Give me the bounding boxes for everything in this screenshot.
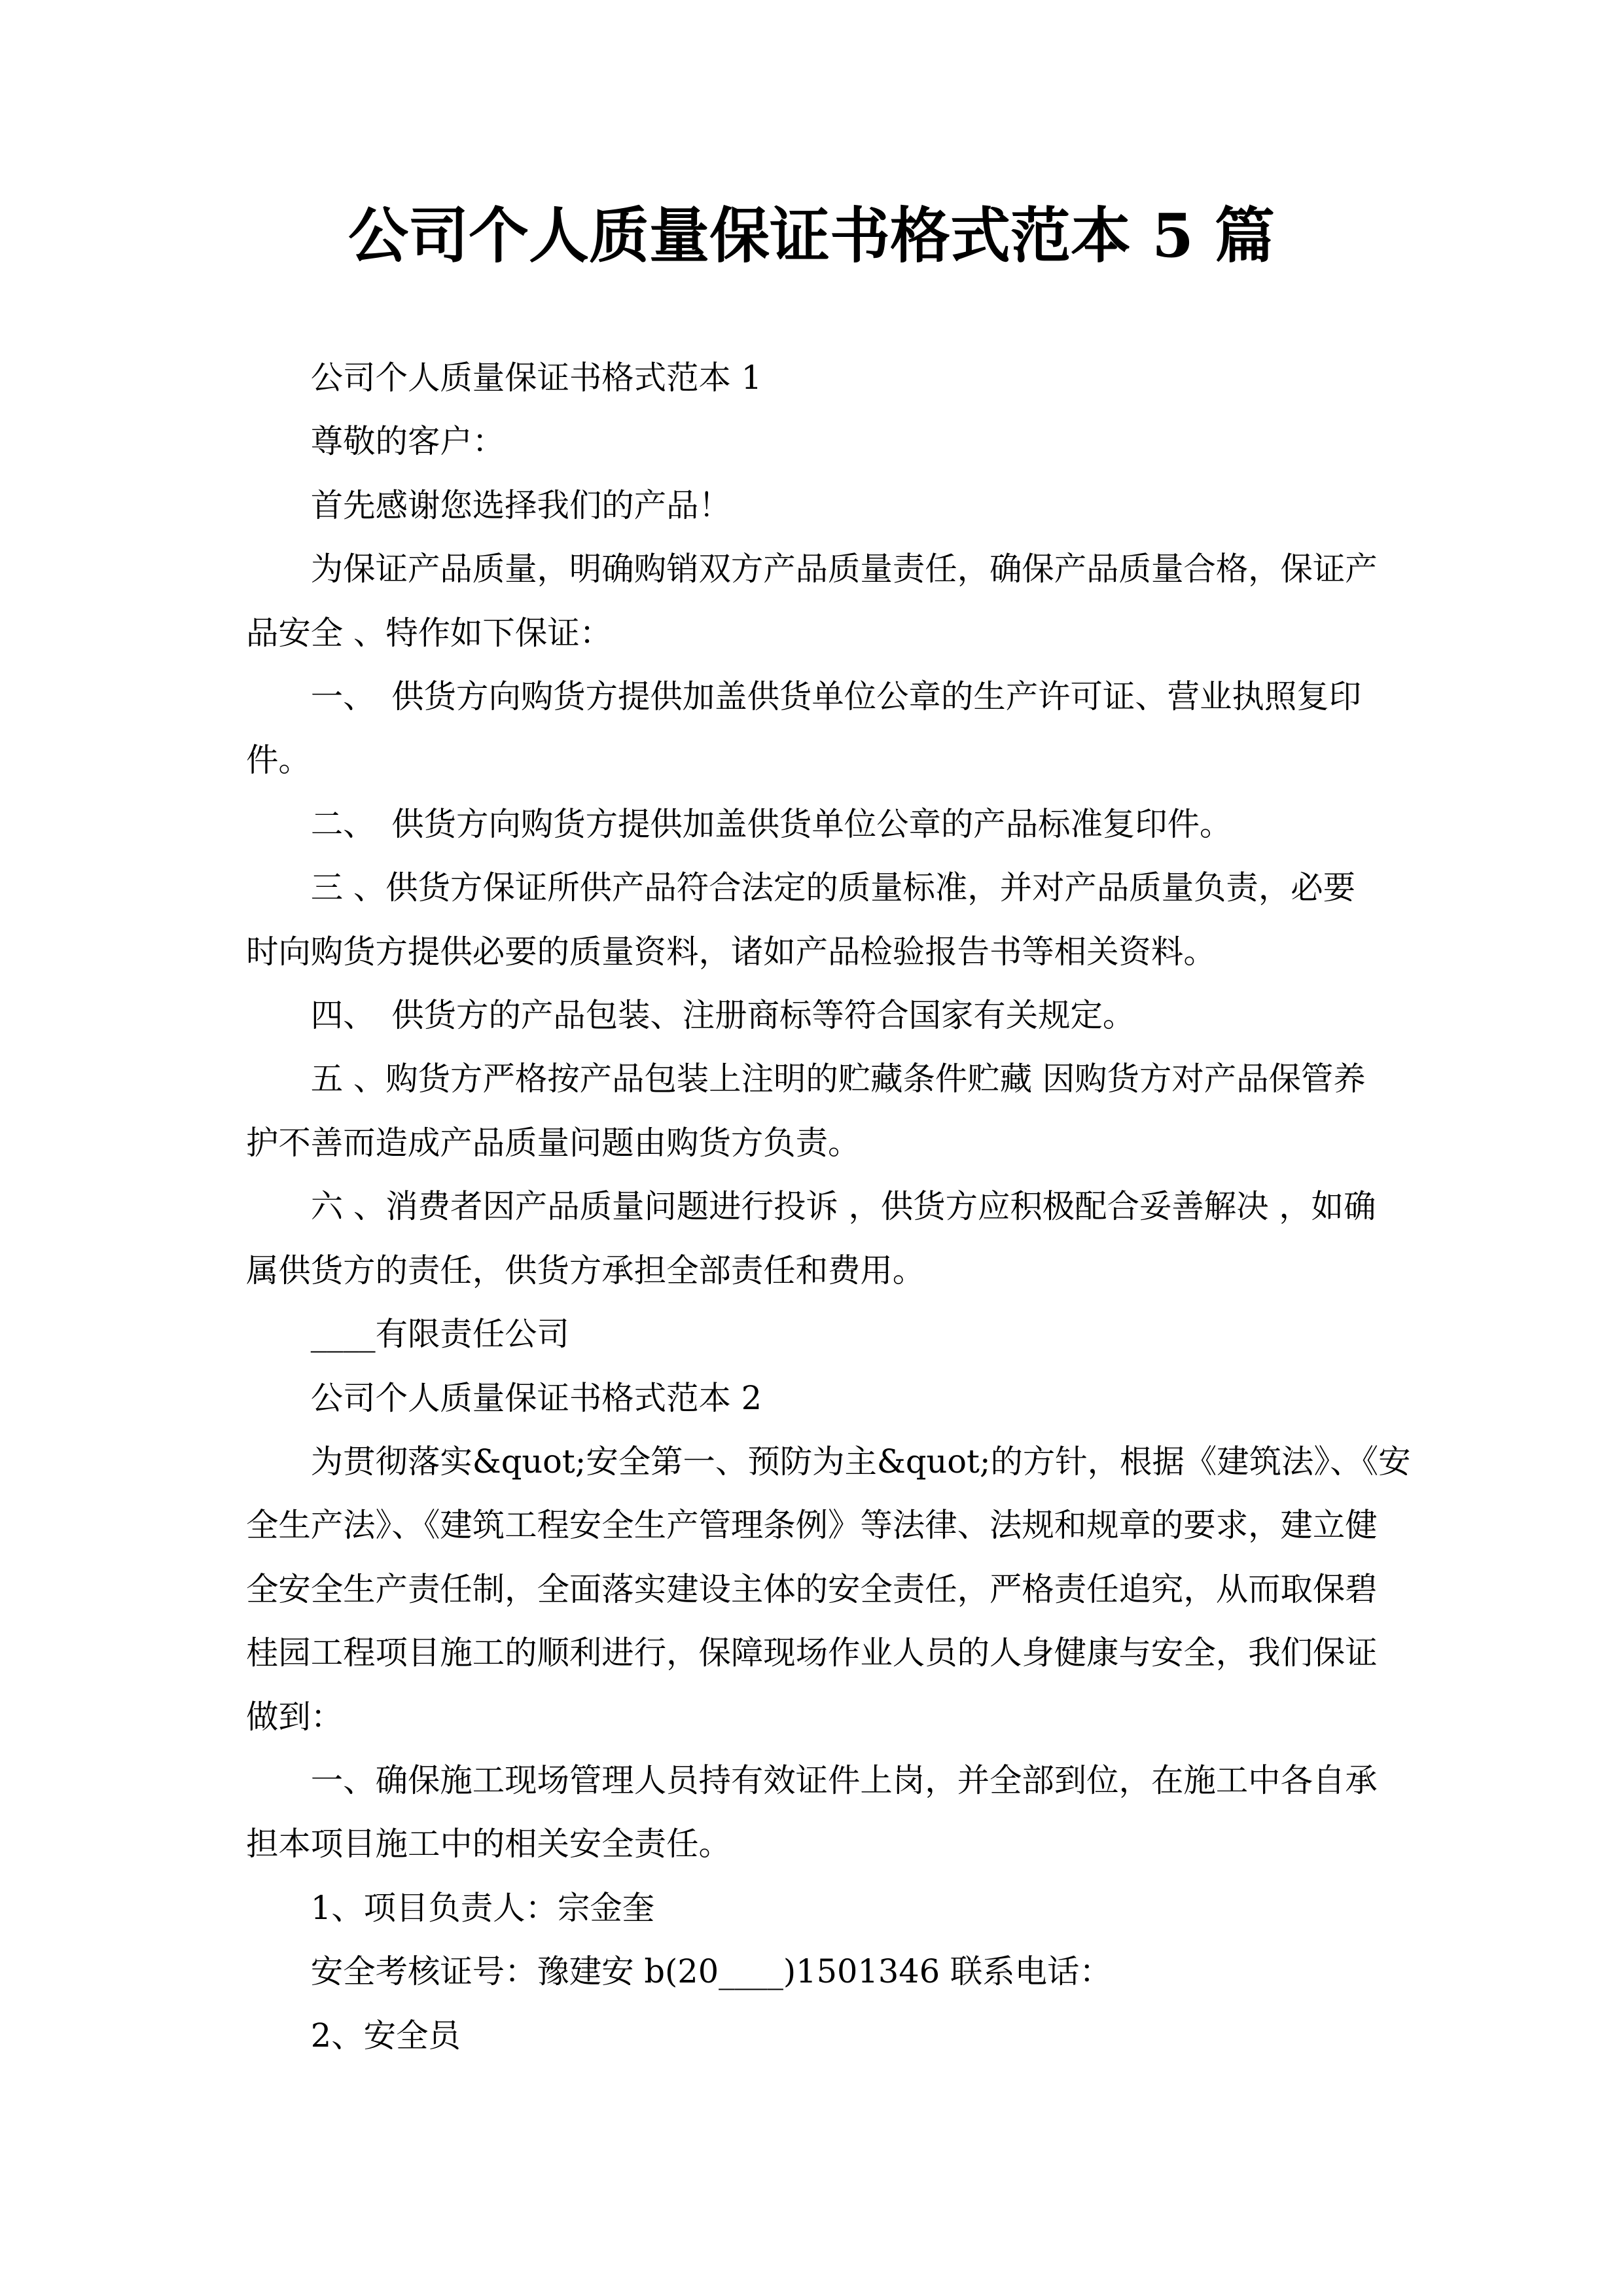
paragraph-line: 为贯彻落实&quot;安全第一、预防为主&quot;的方针，根据《建筑法》、《安 <box>246 1430 1378 1494</box>
paragraph-line: 件。 <box>246 728 1378 792</box>
paragraph-line: 全生产法》、《建筑工程安全生产管理条例》等法律、法规和规章的要求，建立健 <box>246 1494 1378 1557</box>
document-page: 公司个人质量保证书格式范本 5 篇 公司个人质量保证书格式范本 1 尊敬的客户：… <box>0 0 1623 2296</box>
paragraph-line: 品安全 、特作如下保证： <box>246 601 1378 665</box>
paragraph-line: 六 、消费者因产品质量问题进行投诉 ，供货方应积极配合妥善解决 ，如确 <box>246 1175 1378 1238</box>
paragraph-line: 担本项目施工中的相关安全责任。 <box>246 1812 1378 1876</box>
paragraph-line: 一、 供货方向购货方提供加盖供货单位公章的生产许可证、营业执照复印 <box>246 665 1378 728</box>
paragraph-line: 属供货方的责任，供货方承担全部责任和费用。 <box>246 1239 1378 1302</box>
paragraph-line: 1、项目负责人：宗金奎 <box>246 1876 1378 1940</box>
paragraph-line: 二、 供货方向购货方提供加盖供货单位公章的产品标准复印件。 <box>246 793 1378 856</box>
paragraph-line: 公司个人质量保证书格式范本 2 <box>246 1367 1378 1430</box>
paragraph-line: 安全考核证号：豫建安 b(20____)1501346 联系电话： <box>246 1940 1378 2003</box>
paragraph-line: 2、安全员 <box>246 2004 1378 2068</box>
document-body: 公司个人质量保证书格式范本 1 尊敬的客户： 首先感谢您选择我们的产品！ 为保证… <box>246 346 1378 2068</box>
paragraph-line: 桂园工程项目施工的顺利进行，保障现场作业人员的人身健康与安全，我们保证 <box>246 1621 1378 1685</box>
paragraph-line: 为保证产品质量，明确购销双方产品质量责任，确保产品质量合格，保证产 <box>246 537 1378 601</box>
paragraph-line: 全安全生产责任制，全面落实建设主体的安全责任，严格责任追究，从而取保碧 <box>246 1558 1378 1621</box>
paragraph-line: 一、确保施工现场管理人员持有效证件上岗，并全部到位，在施工中各自承 <box>246 1749 1378 1812</box>
paragraph-line: 五 、购货方严格按产品包装上注明的贮藏条件贮藏 因购货方对产品保管养 <box>246 1047 1378 1111</box>
paragraph-line: 三 、供货方保证所供产品符合法定的质量标准，并对产品质量负责，必要 <box>246 856 1378 920</box>
paragraph-line: 四、 供货方的产品包装、注册商标等符合国家有关规定。 <box>246 984 1378 1047</box>
paragraph-line: 首先感谢您选择我们的产品！ <box>246 474 1378 537</box>
paragraph-line: 护不善而造成产品质量问题由购货方负责。 <box>246 1111 1378 1175</box>
paragraph-line: 公司个人质量保证书格式范本 1 <box>246 346 1378 410</box>
paragraph-line: 做到： <box>246 1685 1378 1749</box>
paragraph-line: 尊敬的客户： <box>246 410 1378 473</box>
document-title: 公司个人质量保证书格式范本 5 篇 <box>0 0 1623 275</box>
paragraph-line: 时向购货方提供必要的质量资料，诸如产品检验报告书等相关资料。 <box>246 920 1378 984</box>
signature-line: ____有限责任公司 <box>246 1302 1378 1366</box>
